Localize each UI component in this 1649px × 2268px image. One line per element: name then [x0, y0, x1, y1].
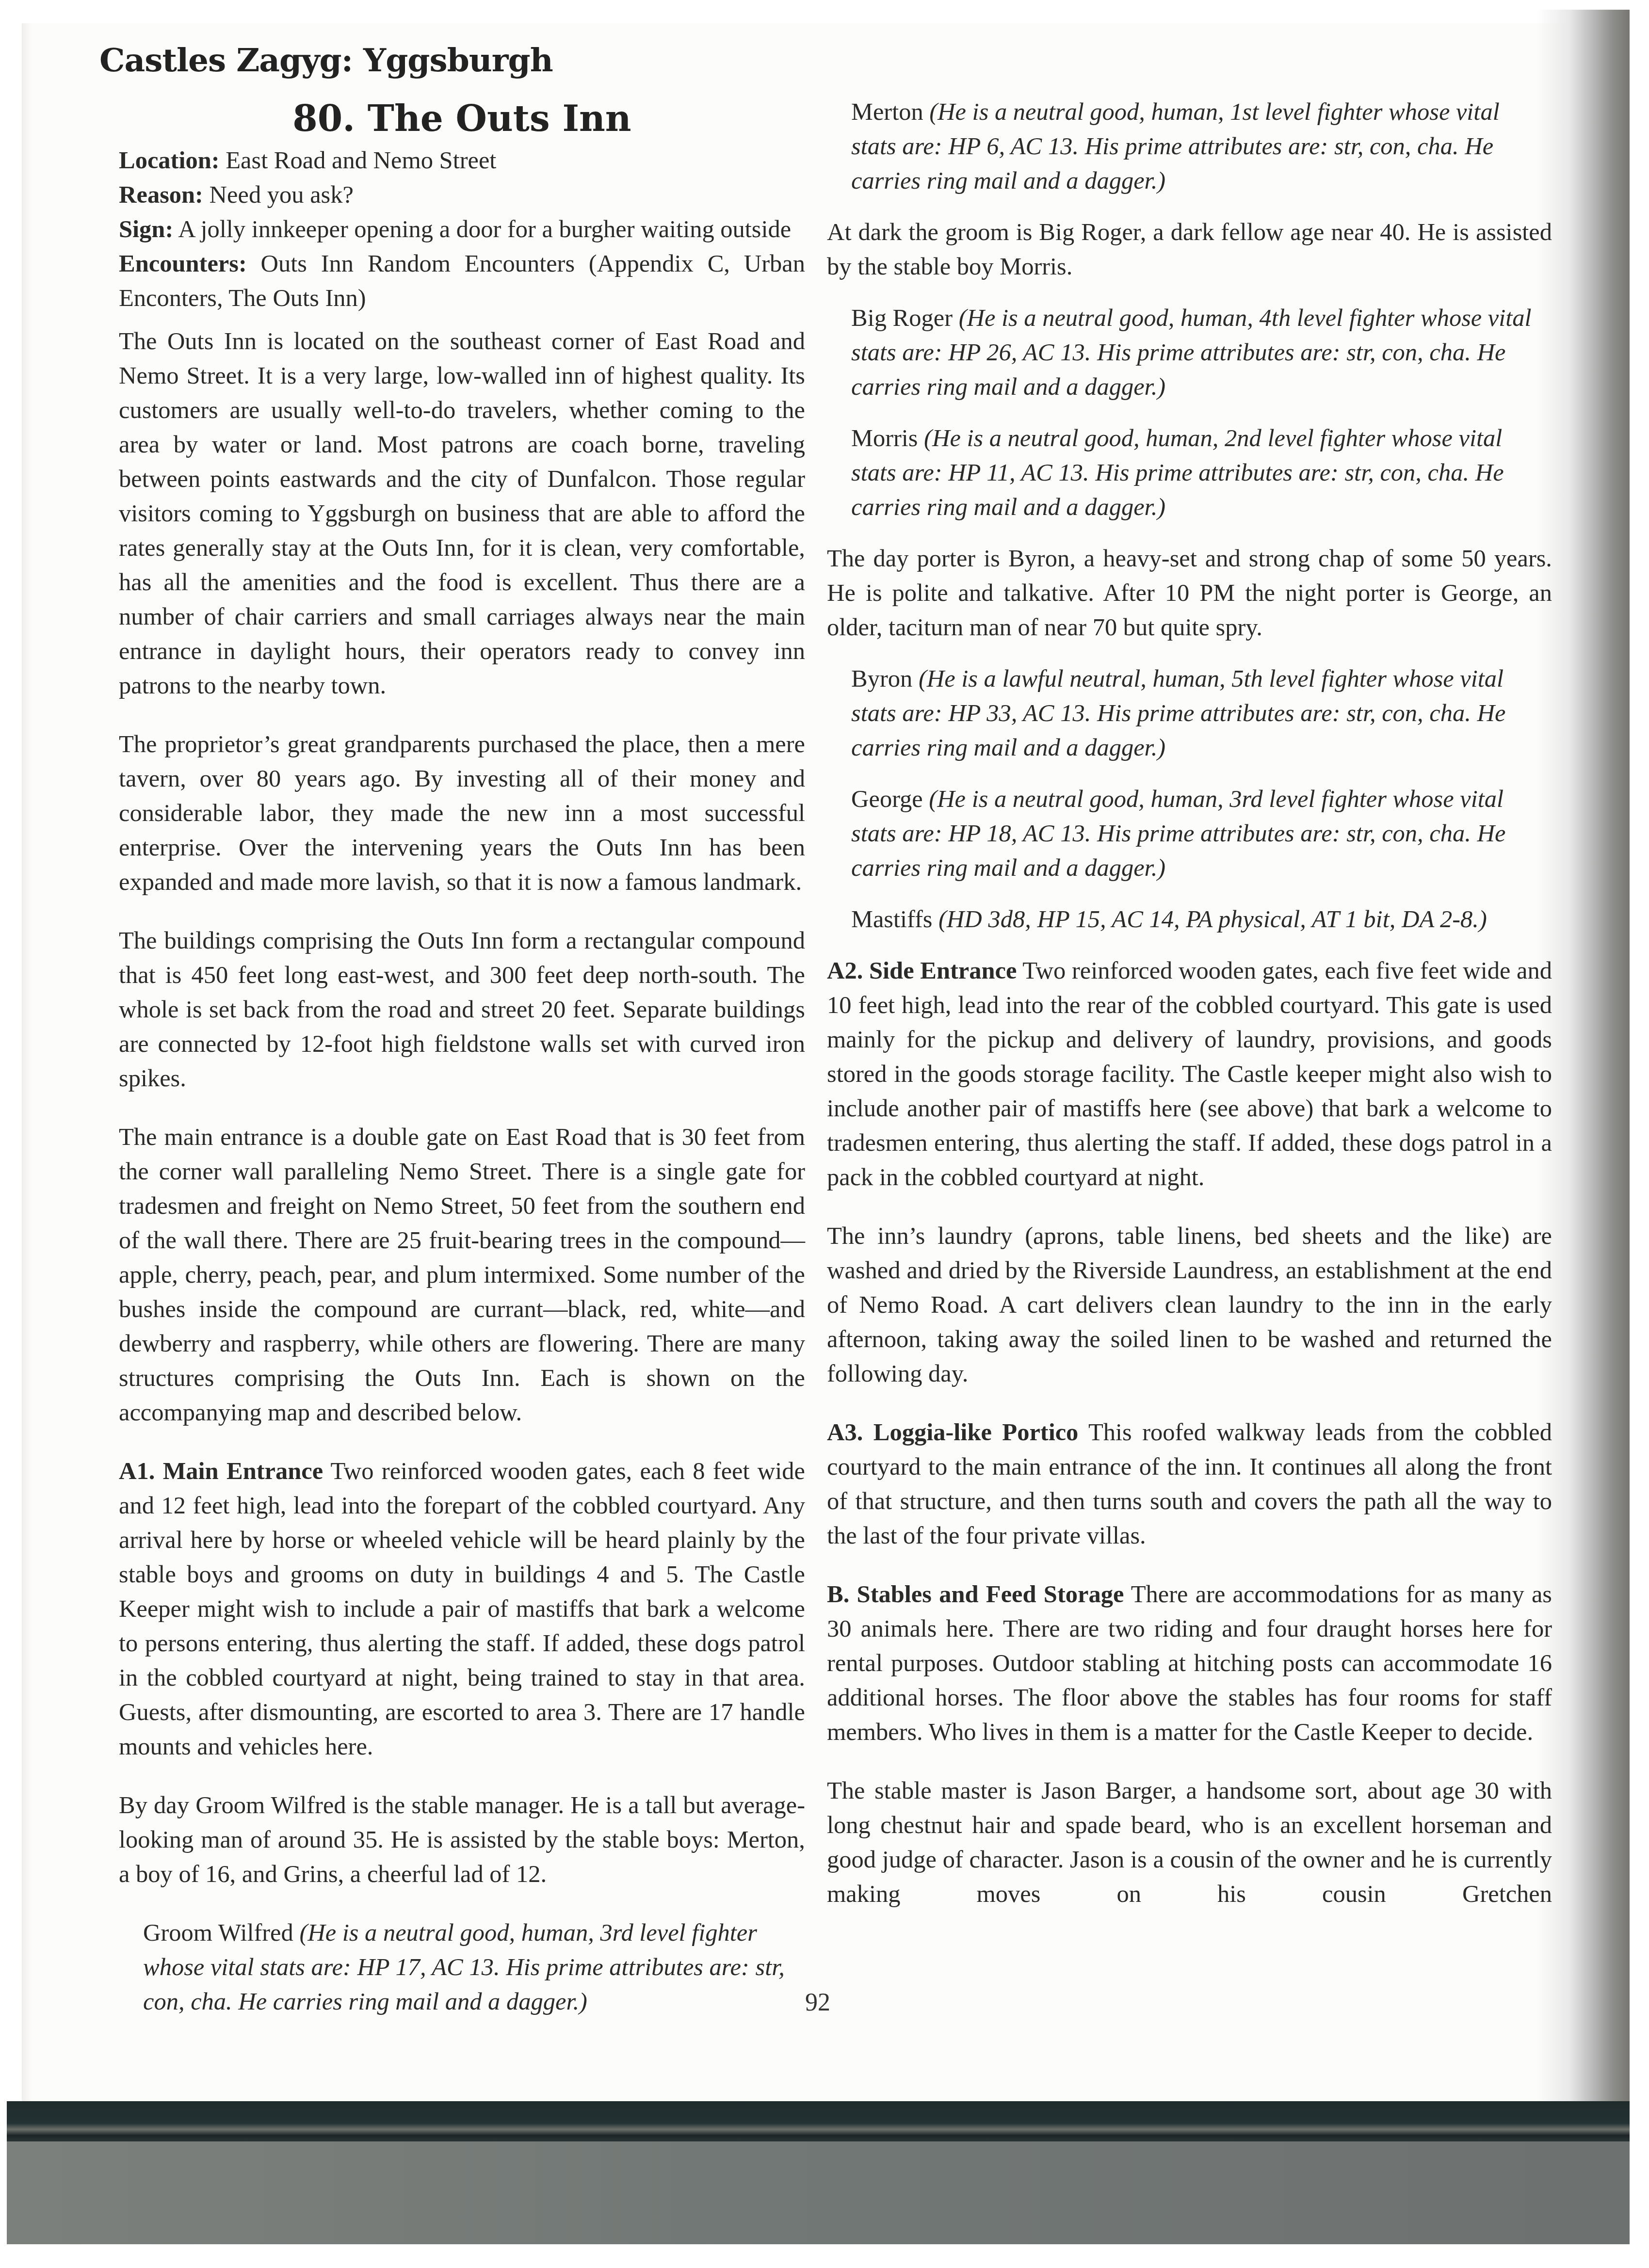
field-sign: Sign: A jolly innkeeper opening a door f… [119, 212, 805, 246]
stat-block-mastiffs: Mastiffs (HD 3d8, HP 15, AC 14, PA physi… [827, 902, 1552, 936]
scanner-dark-band [7, 2101, 1630, 2141]
paragraph-laundry: The inn’s laundry (aprons, table linens,… [827, 1219, 1552, 1391]
stat-name: Big Roger [851, 304, 953, 331]
section-a3: A3. Loggia-like Portico This roofed walk… [827, 1415, 1552, 1553]
section-text: Two reinforced wooden gates, each five f… [827, 957, 1552, 1190]
stat-block-merton: Merton (He is a neutral good, human, 1st… [827, 95, 1552, 198]
stat-name: George [851, 785, 923, 812]
left-column: 80. The Outs Inn Location: East Road and… [119, 95, 805, 2019]
stat-name: Byron [851, 665, 912, 692]
paragraph-intro: The Outs Inn is located on the southeast… [119, 324, 805, 703]
stat-block-george: George (He is a neutral good, human, 3rd… [827, 782, 1552, 885]
paragraph-buildings: The buildings comprising the Outs Inn fo… [119, 923, 805, 1095]
stat-text: (He is a neutral good, human, 4th level … [851, 304, 1532, 400]
stat-text: (He is a neutral good, human, 2nd level … [851, 424, 1504, 520]
page-left-edge [22, 23, 32, 2101]
field-value: Need you ask? [210, 181, 354, 208]
stat-text: (He is a lawful neutral, human, 5th leve… [851, 665, 1505, 761]
stat-name: Merton [851, 98, 923, 125]
paragraph-groom: By day Groom Wilfred is the stable manag… [119, 1788, 805, 1891]
stat-text: (He is a neutral good, human, 1st level … [851, 98, 1500, 194]
section-heading: A2. Side Entrance [827, 957, 1017, 984]
stat-block-morris: Morris (He is a neutral good, human, 2nd… [827, 421, 1552, 524]
field-value: A jolly innkeeper opening a door for a b… [178, 215, 791, 242]
paragraph-porters: The day porter is Byron, a heavy-set and… [827, 541, 1552, 644]
section-b: B. Stables and Feed Storage There are ac… [827, 1577, 1552, 1749]
running-head: Castles Zagyg: Yggsburgh [99, 41, 553, 79]
paragraph-entrance: The main entrance is a double gate on Ea… [119, 1120, 805, 1430]
section-heading: A1. Main Entrance [119, 1457, 323, 1484]
paragraph-stable-master: The stable master is Jason Barger, a han… [827, 1773, 1552, 1911]
right-column: Merton (He is a neutral good, human, 1st… [827, 95, 1552, 1911]
paragraph-history: The proprietor’s great grandparents purc… [119, 727, 805, 899]
field-label: Location: [119, 146, 220, 174]
stat-text: (HD 3d8, HP 15, AC 14, PA physical, AT 1… [932, 905, 1487, 933]
field-label: Encounters: [119, 250, 247, 277]
field-label: Sign: [119, 215, 173, 242]
stat-name: Groom Wilfred [143, 1919, 293, 1946]
stat-block-byron: Byron (He is a lawful neutral, human, 5t… [827, 661, 1552, 765]
section-text: Two reinforced wooden gates, each 8 feet… [119, 1457, 805, 1760]
field-encounters: Encounters: Outs Inn Random Encounters (… [119, 246, 805, 315]
stat-block-big-roger: Big Roger (He is a neutral good, human, … [827, 301, 1552, 404]
section-a2: A2. Side Entrance Two reinforced wooden … [827, 953, 1552, 1194]
entry-title: 80. The Outs Inn [119, 95, 805, 143]
stat-name: Mastiffs [851, 905, 932, 933]
page-number: 92 [805, 1988, 830, 2017]
stat-text: (He is a neutral good, human, 3rd level … [851, 785, 1505, 881]
paragraph-night-groom: At dark the groom is Big Roger, a dark f… [827, 215, 1552, 284]
stat-name: Morris [851, 424, 918, 451]
section-heading: A3. Loggia-like Portico [827, 1418, 1078, 1446]
scanner-grey-band [7, 2141, 1630, 2244]
section-a1: A1. Main Entrance Two reinforced wooden … [119, 1454, 805, 1764]
field-value: East Road and Nemo Street [226, 146, 496, 174]
field-reason: Reason: Need you ask? [119, 177, 805, 212]
field-location: Location: East Road and Nemo Street [119, 143, 805, 177]
stat-block-wilfred: Groom Wilfred (He is a neutral good, hum… [119, 1915, 805, 2019]
section-heading: B. Stables and Feed Storage [827, 1580, 1124, 1608]
field-label: Reason: [119, 181, 203, 208]
